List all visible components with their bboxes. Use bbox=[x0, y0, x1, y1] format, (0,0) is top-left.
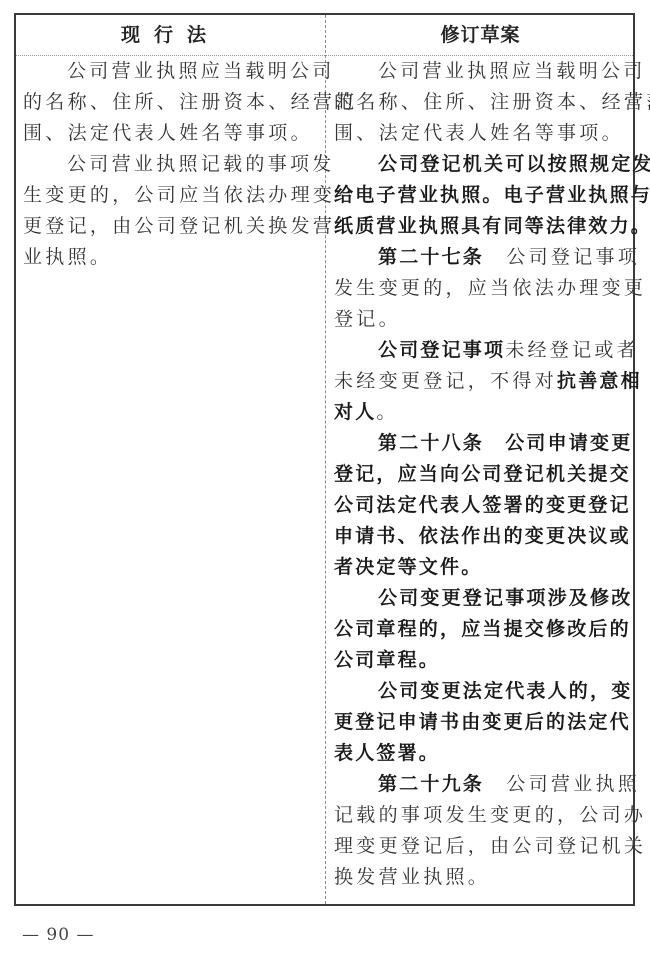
amended-text: 公司登记事项 bbox=[378, 339, 505, 361]
current-law-column: 公司营业执照应当载明公司的名称、住所、注册资本、经营范围、法定代表人姓名等事项。… bbox=[23, 56, 321, 273]
amended-text: 表人签署。 bbox=[334, 742, 440, 764]
amended-text: 公司章程。 bbox=[334, 649, 440, 671]
original-text: 登记。 bbox=[334, 308, 401, 330]
text-line: 第二十七条 公司登记事项 bbox=[334, 242, 632, 273]
text-line: 理变更登记后，由公司登记机关 bbox=[334, 831, 632, 862]
text-line: 公司章程的，应当提交修改后的 bbox=[334, 614, 632, 645]
header-revision-draft: 修订草案 bbox=[326, 15, 635, 55]
text-line: 公司登记事项未经登记或者 bbox=[334, 335, 632, 366]
amended-text: 更登记申请书由变更后的法定代 bbox=[334, 711, 631, 733]
text-line: 公司变更法定代表人的，变 bbox=[334, 676, 632, 707]
text-line: 的名称、住所、注册资本、经营范 bbox=[23, 87, 321, 118]
text-line: 公司营业执照应当载明公司 bbox=[334, 56, 632, 87]
original-text: 公司营业执照 bbox=[484, 773, 640, 795]
text-line: 登记。 bbox=[334, 304, 632, 335]
text-line: 申请书、依法作出的变更决议或 bbox=[334, 521, 632, 552]
original-text: 公司登记事项 bbox=[484, 246, 640, 268]
original-text: 的名称、住所、注册资本、经营范 bbox=[23, 91, 358, 113]
text-line: 登记，应当向公司登记机关提交 bbox=[334, 459, 632, 490]
comparison-table: 现行法 修订草案 公司营业执照应当载明公司的名称、住所、注册资本、经营范围、法定… bbox=[14, 13, 635, 906]
amended-text: 申请书、依法作出的变更决议或 bbox=[334, 525, 631, 547]
original-text: 公司营业执照记载的事项发 bbox=[67, 153, 335, 175]
text-line: 公司变更登记事项涉及修改 bbox=[334, 583, 632, 614]
amended-text: 对人 bbox=[334, 401, 376, 423]
amended-text: 登记，应当向公司登记机关提交 bbox=[334, 463, 631, 485]
text-line: 第二十八条 公司申请变更 bbox=[334, 428, 632, 459]
text-line: 发生变更的，应当依法办理变更 bbox=[334, 273, 632, 304]
amended-text: 公司变更登记事项涉及修改 bbox=[378, 587, 632, 609]
text-line: 公司法定代表人签署的变更登记 bbox=[334, 490, 632, 521]
text-line: 未经变更登记，不得对抗善意相 bbox=[334, 366, 632, 397]
page-number: — 90 — bbox=[22, 925, 94, 945]
original-text: 。 bbox=[376, 401, 398, 423]
amended-text: 给电子营业执照。电子营业执照与 bbox=[334, 184, 650, 206]
original-text: 公司营业执照应当载明公司 bbox=[67, 60, 335, 82]
text-line: 业执照。 bbox=[23, 242, 321, 273]
text-line: 换发营业执照。 bbox=[334, 862, 632, 893]
amended-text: 者决定等文件。 bbox=[334, 556, 482, 578]
original-text: 未经变更登记，不得对 bbox=[334, 370, 557, 392]
original-text: 换发营业执照。 bbox=[334, 866, 490, 888]
original-text: 更登记，由公司登记机关换发营 bbox=[23, 215, 335, 237]
text-line: 公司营业执照应当载明公司 bbox=[23, 56, 321, 87]
text-line: 生变更的，公司应当依法办理变 bbox=[23, 180, 321, 211]
text-line: 对人。 bbox=[334, 397, 632, 428]
original-text: 公司营业执照应当载明公司 bbox=[378, 60, 646, 82]
text-line: 记载的事项发生变更的，公司办 bbox=[334, 800, 632, 831]
text-line: 第二十九条 公司营业执照 bbox=[334, 769, 632, 800]
text-line: 的名称、住所、注册资本、经营范 bbox=[334, 87, 632, 118]
amended-text: 第二十九条 bbox=[378, 773, 484, 795]
revision-draft-column: 公司营业执照应当载明公司的名称、住所、注册资本、经营范围、法定代表人姓名等事项。… bbox=[334, 56, 632, 893]
text-line: 公司营业执照记载的事项发 bbox=[23, 149, 321, 180]
text-line: 者决定等文件。 bbox=[334, 552, 632, 583]
text-line: 公司登记机关可以按照规定发 bbox=[334, 149, 632, 180]
original-text: 围、法定代表人姓名等事项。 bbox=[23, 122, 313, 144]
amended-text: 公司法定代表人签署的变更登记 bbox=[334, 494, 631, 516]
amended-text: 第二十七条 bbox=[378, 246, 484, 268]
text-line: 围、法定代表人姓名等事项。 bbox=[23, 118, 321, 149]
amended-text: 抗善意相 bbox=[557, 370, 642, 392]
text-line: 表人签署。 bbox=[334, 738, 632, 769]
original-text: 记载的事项发生变更的，公司办 bbox=[334, 804, 646, 826]
text-line: 围、法定代表人姓名等事项。 bbox=[334, 118, 632, 149]
amended-text: 公司章程的，应当提交修改后的 bbox=[334, 618, 631, 640]
original-text: 生变更的，公司应当依法办理变 bbox=[23, 184, 335, 206]
original-text: 发生变更的，应当依法办理变更 bbox=[334, 277, 646, 299]
text-line: 更登记申请书由变更后的法定代 bbox=[334, 707, 632, 738]
text-line: 纸质营业执照具有同等法律效力。 bbox=[334, 211, 632, 242]
header-current-law: 现行法 bbox=[16, 15, 325, 55]
text-line: 更登记，由公司登记机关换发营 bbox=[23, 211, 321, 242]
original-text: 未经登记或者 bbox=[505, 339, 639, 361]
original-text: 理变更登记后，由公司登记机关 bbox=[334, 835, 646, 857]
amended-text: 公司登记机关可以按照规定发 bbox=[378, 153, 650, 175]
text-line: 公司章程。 bbox=[334, 645, 632, 676]
original-text: 的名称、住所、注册资本、经营范 bbox=[334, 91, 650, 113]
original-text: 业执照。 bbox=[23, 246, 112, 268]
amended-text: 第二十八条 公司申请变更 bbox=[378, 432, 632, 454]
text-line: 给电子营业执照。电子营业执照与 bbox=[334, 180, 632, 211]
original-text: 围、法定代表人姓名等事项。 bbox=[334, 122, 624, 144]
amended-text: 公司变更法定代表人的，变 bbox=[378, 680, 632, 702]
amended-text: 纸质营业执照具有同等法律效力。 bbox=[334, 215, 650, 237]
